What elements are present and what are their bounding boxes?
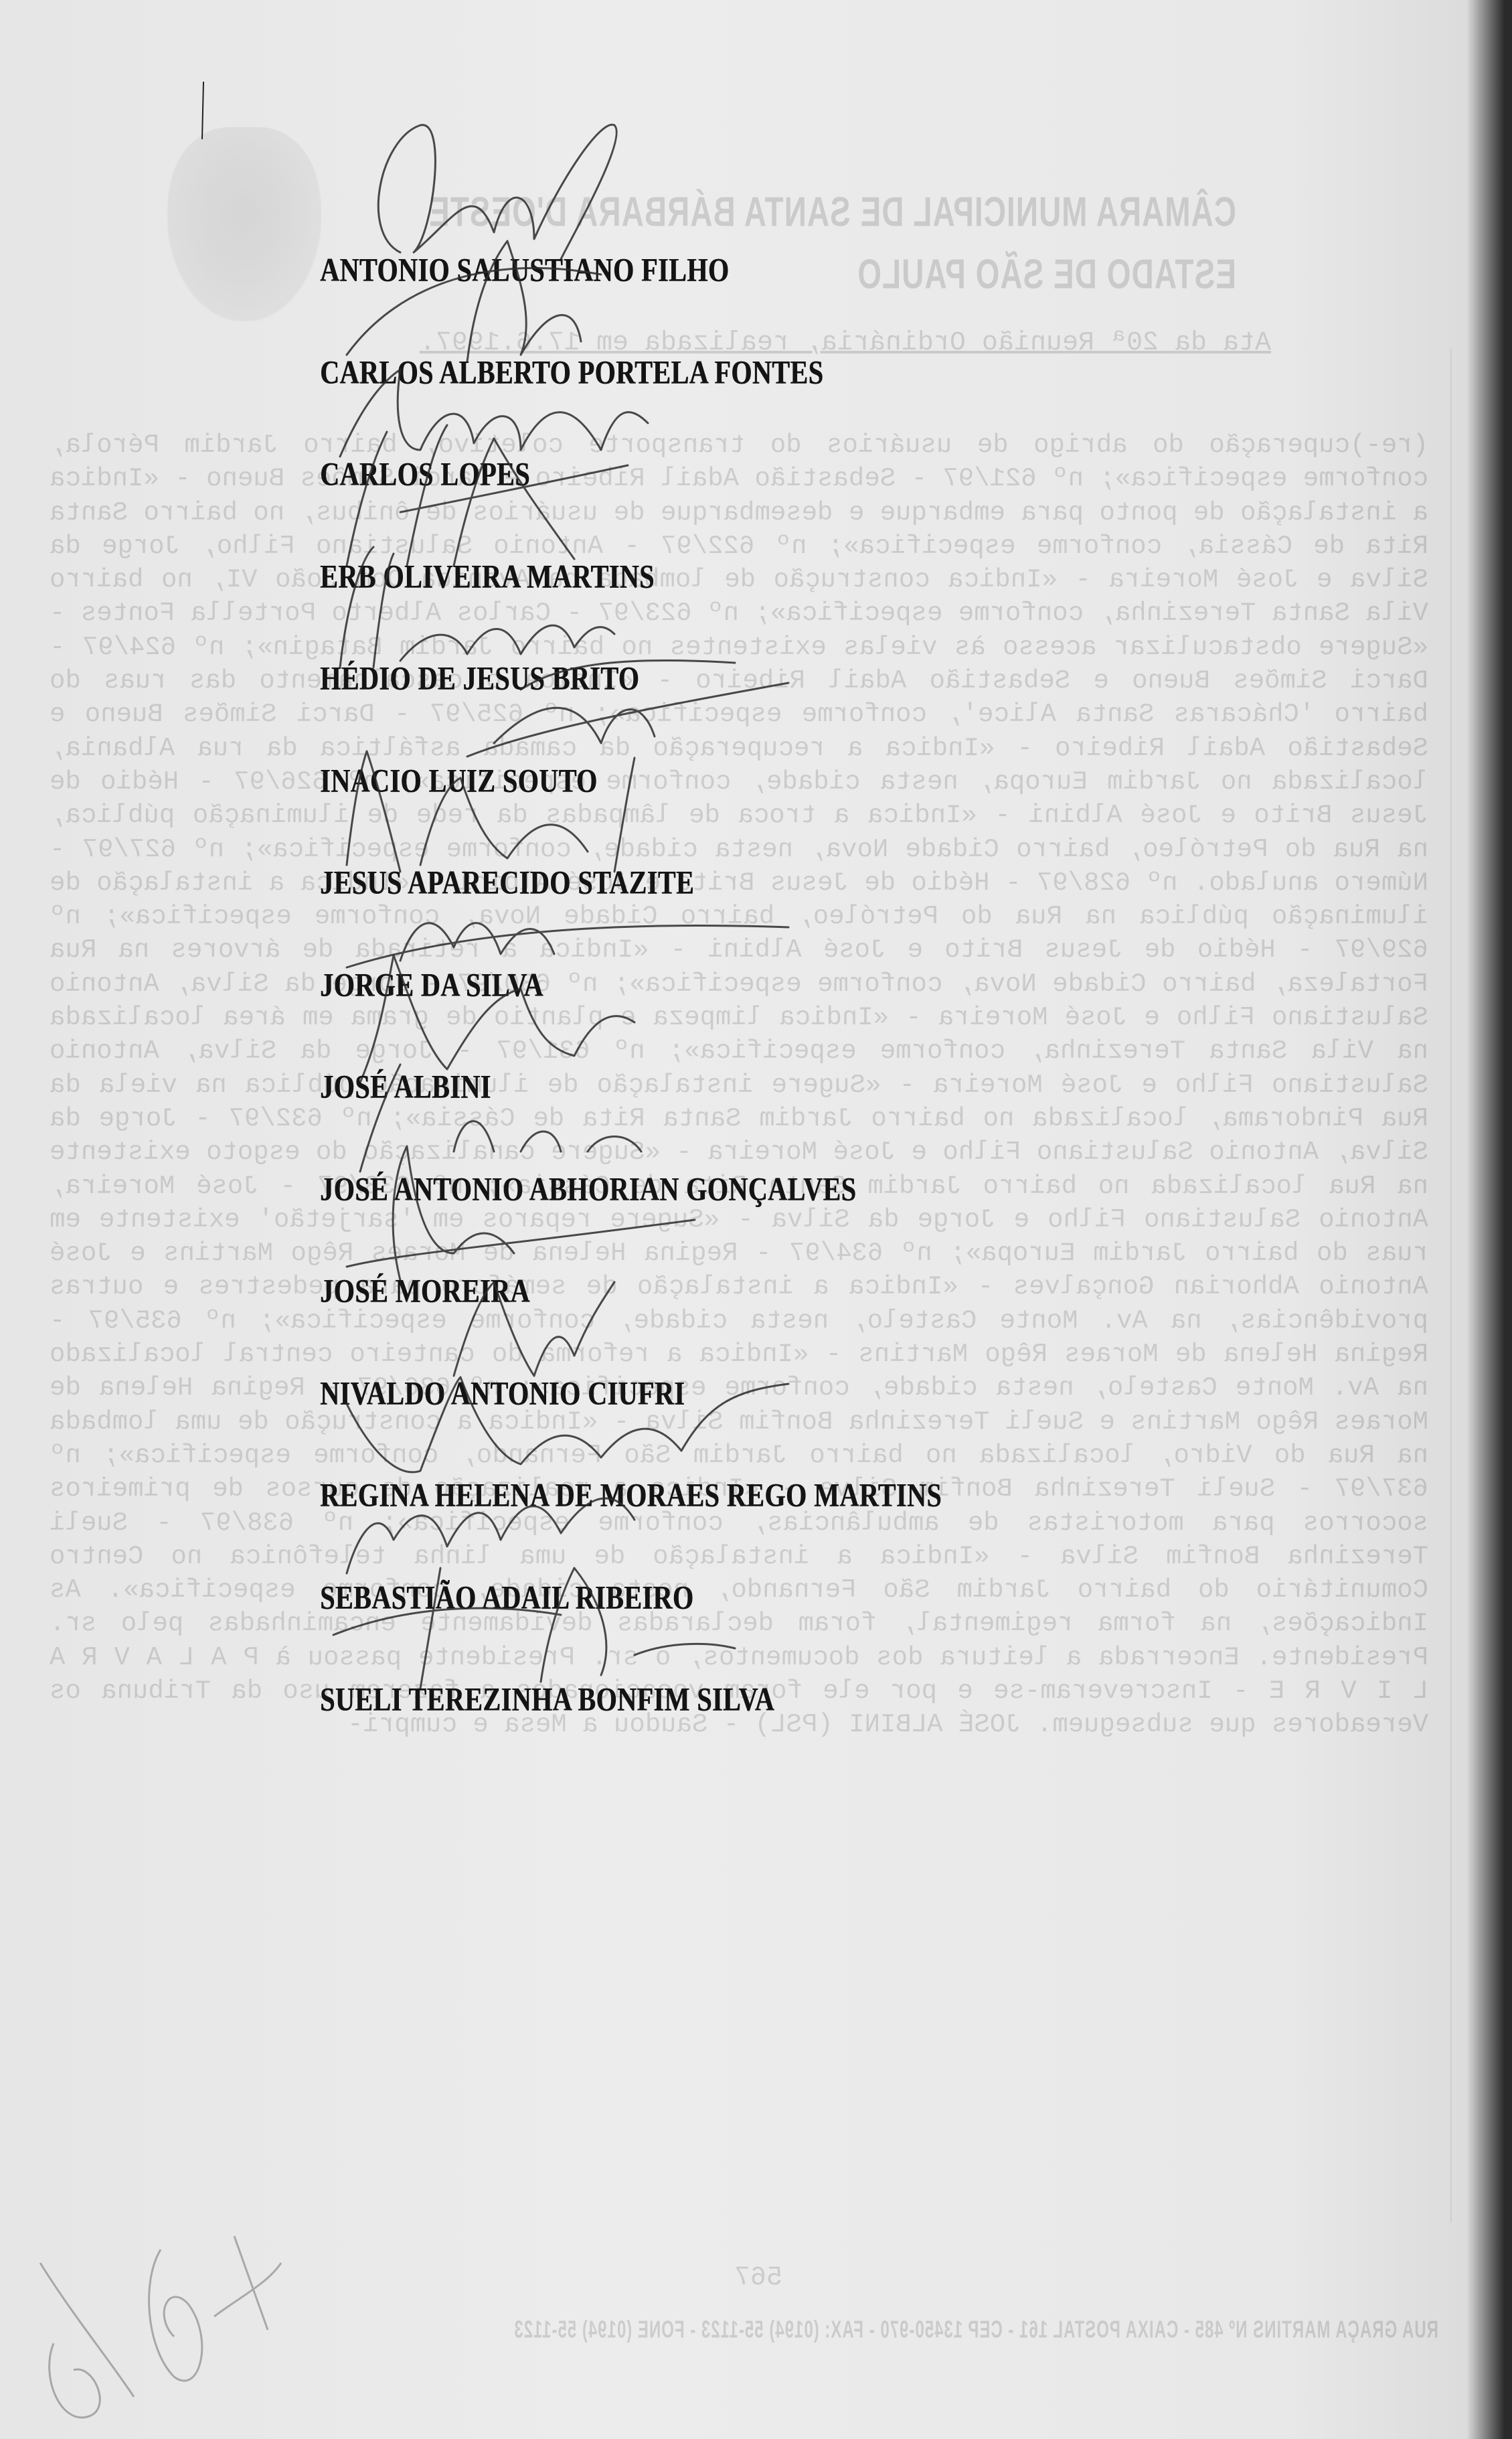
signatory-row: SUELI TEREZINHA BONFIM SILVA bbox=[320, 1585, 1257, 1719]
document-page: CÂMARA MUNICIPAL DE SANTA BÁRBARA D'OEST… bbox=[0, 0, 1512, 2439]
signatory-name: SUELI TEREZINHA BONFIM SILVA bbox=[320, 1679, 774, 1719]
signatures-list: ANTONIO SALUSTIANO FILHOCARLOS ALBERTO P… bbox=[320, 0, 1458, 2439]
handwritten-signature-icon bbox=[320, 98, 922, 272]
municipal-crest-icon bbox=[167, 127, 321, 321]
stray-pen-mark-icon bbox=[201, 80, 205, 141]
margin-initials-icon bbox=[13, 2223, 295, 2437]
